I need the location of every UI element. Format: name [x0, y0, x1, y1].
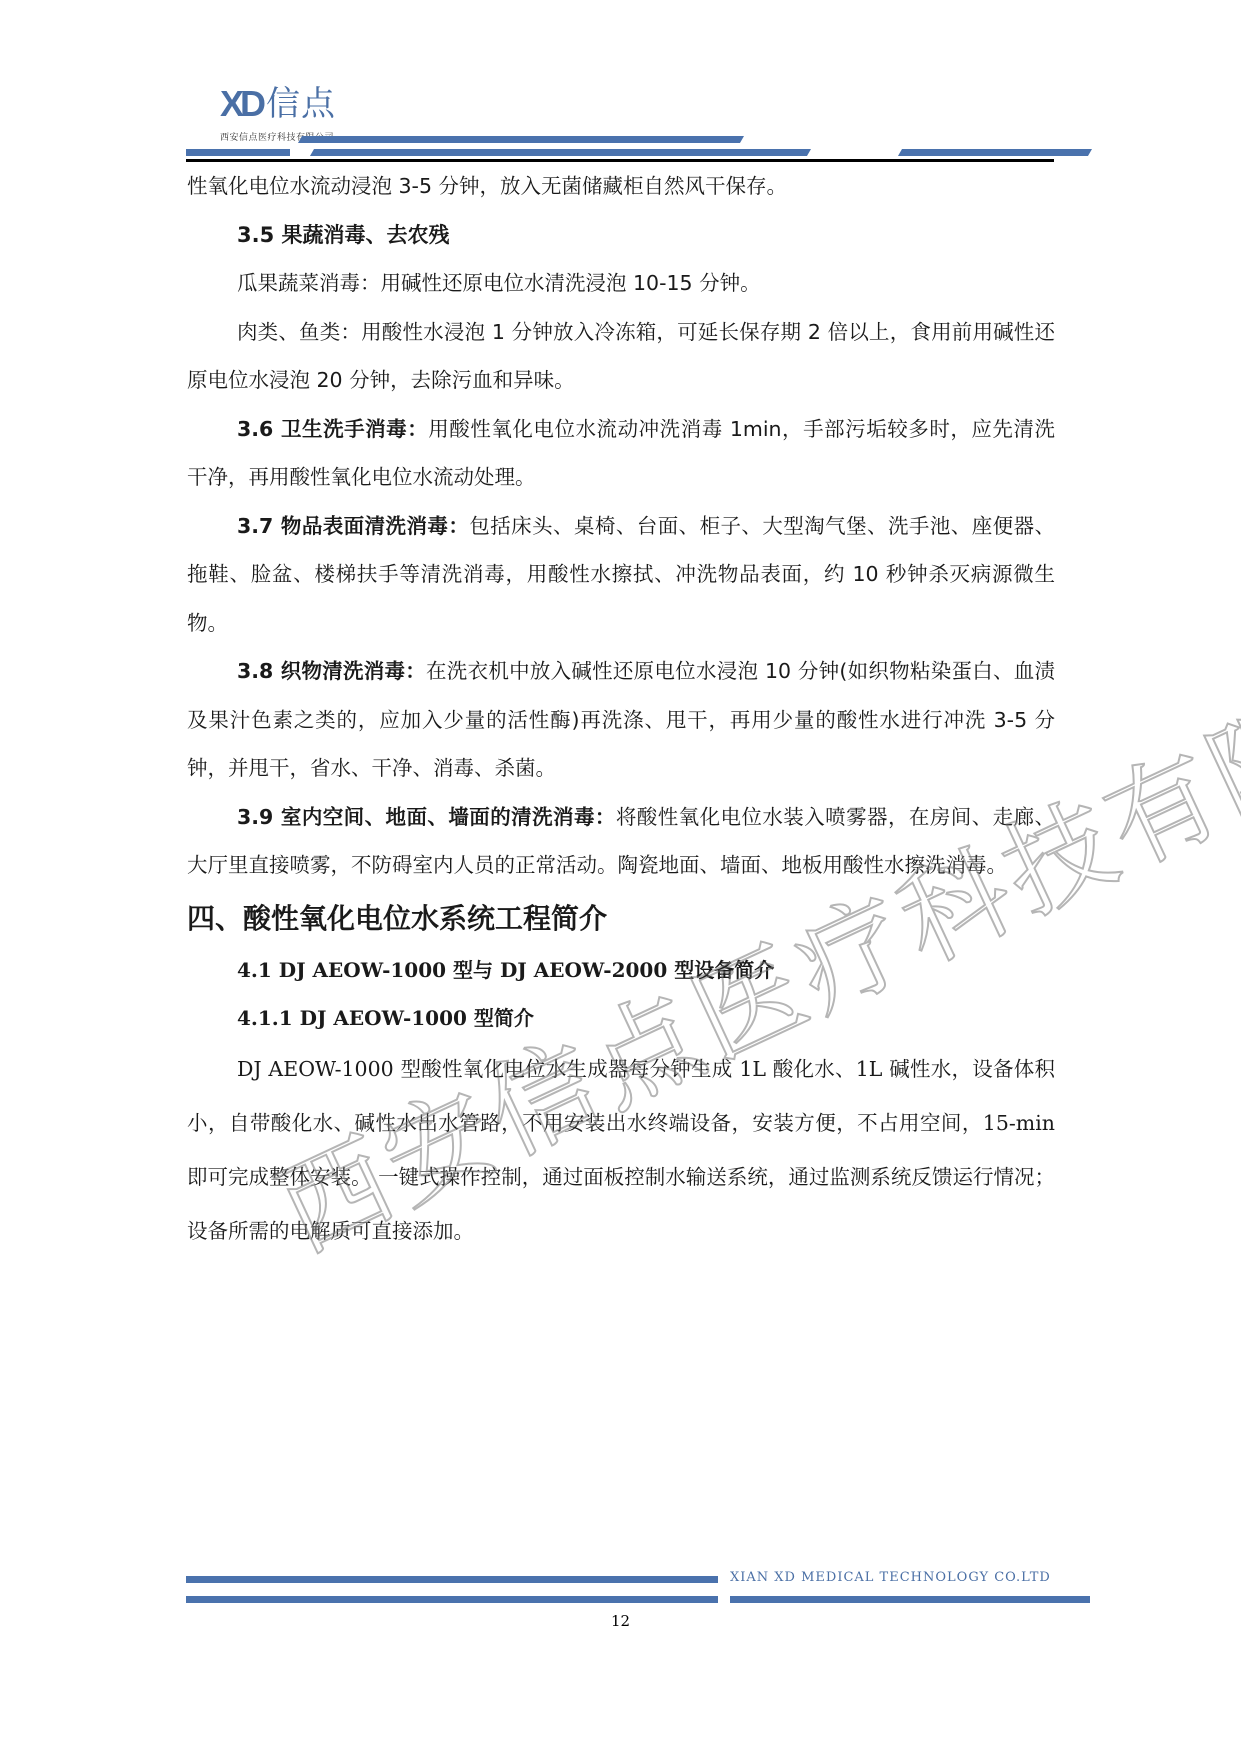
page-header: XD 信点 西安信点医疗科技有限公司: [0, 0, 1241, 170]
footer-decor-bar: [730, 1596, 1090, 1603]
paragraph-3-8: 3.8 织物清洗消毒：在洗衣机中放入碱性还原电位水浸泡 10 分钟(如织物粘染蛋…: [187, 647, 1055, 793]
paragraph-continuation: 性氧化电位水流动浸泡 3-5 分钟，放入无菌储藏柜自然风干保存。: [187, 162, 1055, 211]
header-decor-bar: [310, 149, 811, 156]
section-heading-3-5: 3.5 果蔬消毒、去农残: [187, 211, 1055, 260]
section-label-3-9: 3.9 室内空间、地面、墙面的清洗消毒：: [237, 805, 616, 829]
section-heading-4-1: 4.1 DJ AEOW-1000 型与 DJ AEOW-2000 型设备简介: [187, 946, 1055, 994]
page-number: 12: [0, 1612, 1241, 1630]
logo-name: 信点: [266, 84, 336, 124]
document-body: 性氧化电位水流动浸泡 3-5 分钟，放入无菌储藏柜自然风干保存。 3.5 果蔬消…: [187, 162, 1055, 1258]
paragraph-3-5-1: 瓜果蔬菜消毒：用碱性还原电位水清洗浸泡 10-15 分钟。: [187, 259, 1055, 308]
footer-company-name: XIAN XD MEDICAL TECHNOLOGY CO.LTD: [730, 1570, 1051, 1585]
paragraph-4-1-1: DJ AEOW-1000 型酸性氧化电位水生成器每分钟生成 1L 酸化水、1L …: [187, 1042, 1055, 1258]
chapter-4-title: 四、酸性氧化电位水系统工程简介: [187, 892, 1055, 946]
header-decor-bar: [186, 149, 290, 156]
paragraph-3-7: 3.7 物品表面清洗消毒：包括床头、桌椅、台面、柜子、大型淘气堡、洗手池、座便器…: [187, 502, 1055, 648]
xd-logo-icon: XD: [220, 84, 262, 124]
paragraph-3-5-2: 肉类、鱼类：用酸性水浸泡 1 分钟放入冷冻箱，可延长保存期 2 倍以上，食用前用…: [187, 308, 1055, 405]
header-decor-bar: [298, 136, 744, 143]
footer-decor-bar: [186, 1576, 718, 1583]
paragraph-3-6: 3.6 卫生洗手消毒：用酸性氧化电位水流动冲洗消毒 1min，手部污垢较多时，应…: [187, 405, 1055, 502]
company-logo: XD 信点 西安信点医疗科技有限公司: [220, 84, 360, 144]
footer-decor-bar: [186, 1596, 718, 1603]
section-label-3-8: 3.8 织物清洗消毒：: [237, 659, 426, 683]
header-decor-bar: [898, 149, 1092, 156]
section-heading-4-1-1: 4.1.1 DJ AEOW-1000 型简介: [187, 994, 1055, 1042]
section-label-3-7: 3.7 物品表面清洗消毒：: [237, 514, 469, 538]
section-label-3-6: 3.6 卫生洗手消毒：: [237, 417, 428, 441]
paragraph-3-9: 3.9 室内空间、地面、墙面的清洗消毒：将酸性氧化电位水装入喷雾器，在房间、走廊…: [187, 793, 1055, 890]
